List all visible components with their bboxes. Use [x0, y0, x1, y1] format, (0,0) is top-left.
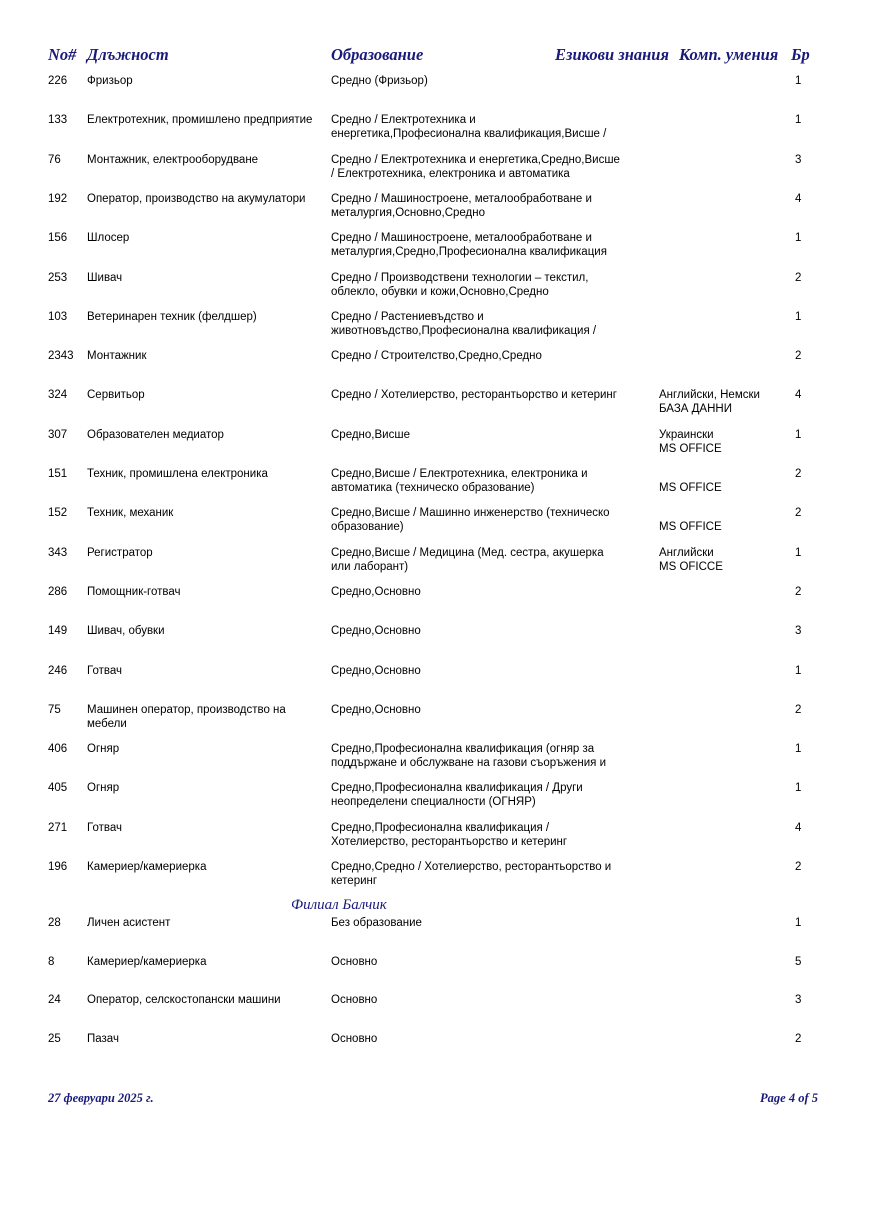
row-count: 1 — [795, 664, 801, 678]
row-position: Образователен медиатор — [87, 428, 322, 442]
row-position: Готвач — [87, 664, 322, 678]
row-count: 2 — [795, 271, 801, 285]
row-position: Камериер/камериерка — [87, 860, 322, 874]
row-education: Средно / Производствени технологии – тек… — [331, 271, 631, 299]
row-position: Оператор, производство на акумулатори — [87, 192, 322, 206]
row-education: Средно,Висше / Машинно инженерство (техн… — [331, 506, 631, 534]
row-count: 1 — [795, 310, 801, 324]
row-position: Сервитьор — [87, 388, 322, 402]
row-count: 4 — [795, 388, 801, 402]
row-position: Регистратор — [87, 546, 322, 560]
row-position: Ветеринарен техник (фелдшер) — [87, 310, 322, 324]
row-position: Шивач — [87, 271, 322, 285]
row-number: 343 — [48, 546, 67, 560]
row-count: 2 — [795, 1032, 801, 1046]
row-count: 2 — [795, 585, 801, 599]
row-number: 226 — [48, 74, 67, 88]
row-number: 271 — [48, 821, 67, 835]
row-education: Средно,Висше / Електротехника, електрони… — [331, 467, 631, 495]
row-number: 246 — [48, 664, 67, 678]
row-position: Шивач, обувки — [87, 624, 322, 638]
row-count: 1 — [795, 916, 801, 930]
row-position: Шлосер — [87, 231, 322, 245]
row-number: 103 — [48, 310, 67, 324]
row-count: 3 — [795, 993, 801, 1007]
row-count: 2 — [795, 506, 801, 520]
row-count: 4 — [795, 821, 801, 835]
row-count: 3 — [795, 624, 801, 638]
row-number: 405 — [48, 781, 67, 795]
row-count: 1 — [795, 428, 801, 442]
row-number: 152 — [48, 506, 67, 520]
row-count: 4 — [795, 192, 801, 206]
row-education: Основно — [331, 955, 631, 969]
row-education: Средно,Основно — [331, 585, 631, 599]
header-no: No# — [48, 45, 76, 65]
row-count: 2 — [795, 467, 801, 481]
header-languages: Езикови знания — [555, 45, 669, 65]
row-number: 8 — [48, 955, 54, 969]
row-number: 324 — [48, 388, 67, 402]
row-education: Средно,Основно — [331, 624, 631, 638]
footer-page-number: Page 4 of 5 — [760, 1091, 818, 1106]
branch-title: Филиал Балчик — [291, 897, 387, 914]
row-number: 28 — [48, 916, 61, 930]
row-number: 75 — [48, 703, 61, 717]
row-education: Средно / Машиностроене, металообработван… — [331, 231, 631, 259]
row-position: Личен асистент — [87, 916, 322, 930]
row-number: 156 — [48, 231, 67, 245]
footer-date: 27 февруари 2025 г. — [48, 1091, 154, 1106]
header-count: Бр — [791, 45, 810, 65]
row-count: 2 — [795, 703, 801, 717]
row-number: 307 — [48, 428, 67, 442]
row-count: 1 — [795, 781, 801, 795]
row-education: Средно,Средно / Хотелиерство, ресторанть… — [331, 860, 631, 888]
row-number: 149 — [48, 624, 67, 638]
row-position: Огняр — [87, 781, 322, 795]
row-number: 253 — [48, 271, 67, 285]
row-position: Оператор, селскостопански машини — [87, 993, 322, 1007]
row-languages-skills: Английски, Немски БАЗА ДАННИ — [659, 388, 779, 416]
row-position: Машинен оператор, производство на мебели — [87, 703, 322, 731]
row-position: Фризьор — [87, 74, 322, 88]
row-position: Монтажник — [87, 349, 322, 363]
row-position: Техник, промишлена електроника — [87, 467, 322, 481]
row-education: Средно,Професионална квалификация / Хоте… — [331, 821, 631, 849]
row-education: Средно / Строителство,Средно,Средно — [331, 349, 631, 363]
row-education: Средно / Растениевъдство и животновъдств… — [331, 310, 631, 338]
row-number: 2343 — [48, 349, 74, 363]
row-count: 3 — [795, 153, 801, 167]
row-position: Огняр — [87, 742, 322, 756]
row-number: 406 — [48, 742, 67, 756]
row-number: 133 — [48, 113, 67, 127]
row-position: Готвач — [87, 821, 322, 835]
row-education: Средно,Висше / Медицина (Мед. сестра, ак… — [331, 546, 631, 574]
row-education: Средно / Машиностроене, металообработван… — [331, 192, 631, 220]
row-number: 192 — [48, 192, 67, 206]
row-languages-skills: MS OFFICE — [659, 506, 779, 534]
row-position: Камериер/камериерка — [87, 955, 322, 969]
row-count: 2 — [795, 860, 801, 874]
row-count: 1 — [795, 74, 801, 88]
row-position: Техник, механик — [87, 506, 322, 520]
row-education: Средно,Професионална квалификация (огняр… — [331, 742, 631, 770]
row-number: 196 — [48, 860, 67, 874]
row-number: 76 — [48, 153, 61, 167]
row-education: Средно / Електротехника и енергетика,Про… — [331, 113, 631, 141]
row-education: Средно (Фризьор) — [331, 74, 631, 88]
row-position: Помощник-готвач — [87, 585, 322, 599]
row-count: 5 — [795, 955, 801, 969]
row-education: Без образование — [331, 916, 631, 930]
row-position: Пазач — [87, 1032, 322, 1046]
row-languages-skills: Украински MS OFFICE — [659, 428, 779, 456]
row-education: Основно — [331, 993, 631, 1007]
row-number: 151 — [48, 467, 67, 481]
row-education: Основно — [331, 1032, 631, 1046]
row-education: Средно,Висше — [331, 428, 631, 442]
row-number: 25 — [48, 1032, 61, 1046]
header-computer-skills: Комп. умения — [679, 45, 778, 65]
row-count: 1 — [795, 231, 801, 245]
header-education: Образование — [331, 45, 423, 65]
row-education: Средно / Хотелиерство, ресторантьорство … — [331, 388, 631, 402]
row-count: 1 — [795, 546, 801, 560]
row-languages-skills: MS OFFICE — [659, 467, 779, 495]
row-position: Монтажник, електрооборудване — [87, 153, 322, 167]
row-count: 1 — [795, 742, 801, 756]
row-position: Електротехник, промишлено предприятие — [87, 113, 322, 127]
row-languages-skills: Английски MS OFICCE — [659, 546, 779, 574]
row-education: Средно,Основно — [331, 664, 631, 678]
header-position: Длъжност — [87, 45, 169, 65]
row-count: 1 — [795, 113, 801, 127]
row-education: Средно,Основно — [331, 703, 631, 717]
row-number: 286 — [48, 585, 67, 599]
row-number: 24 — [48, 993, 61, 1007]
row-education: Средно,Професионална квалификация / Друг… — [331, 781, 631, 809]
row-education: Средно / Електротехника и енергетика,Сре… — [331, 153, 631, 181]
row-count: 2 — [795, 349, 801, 363]
